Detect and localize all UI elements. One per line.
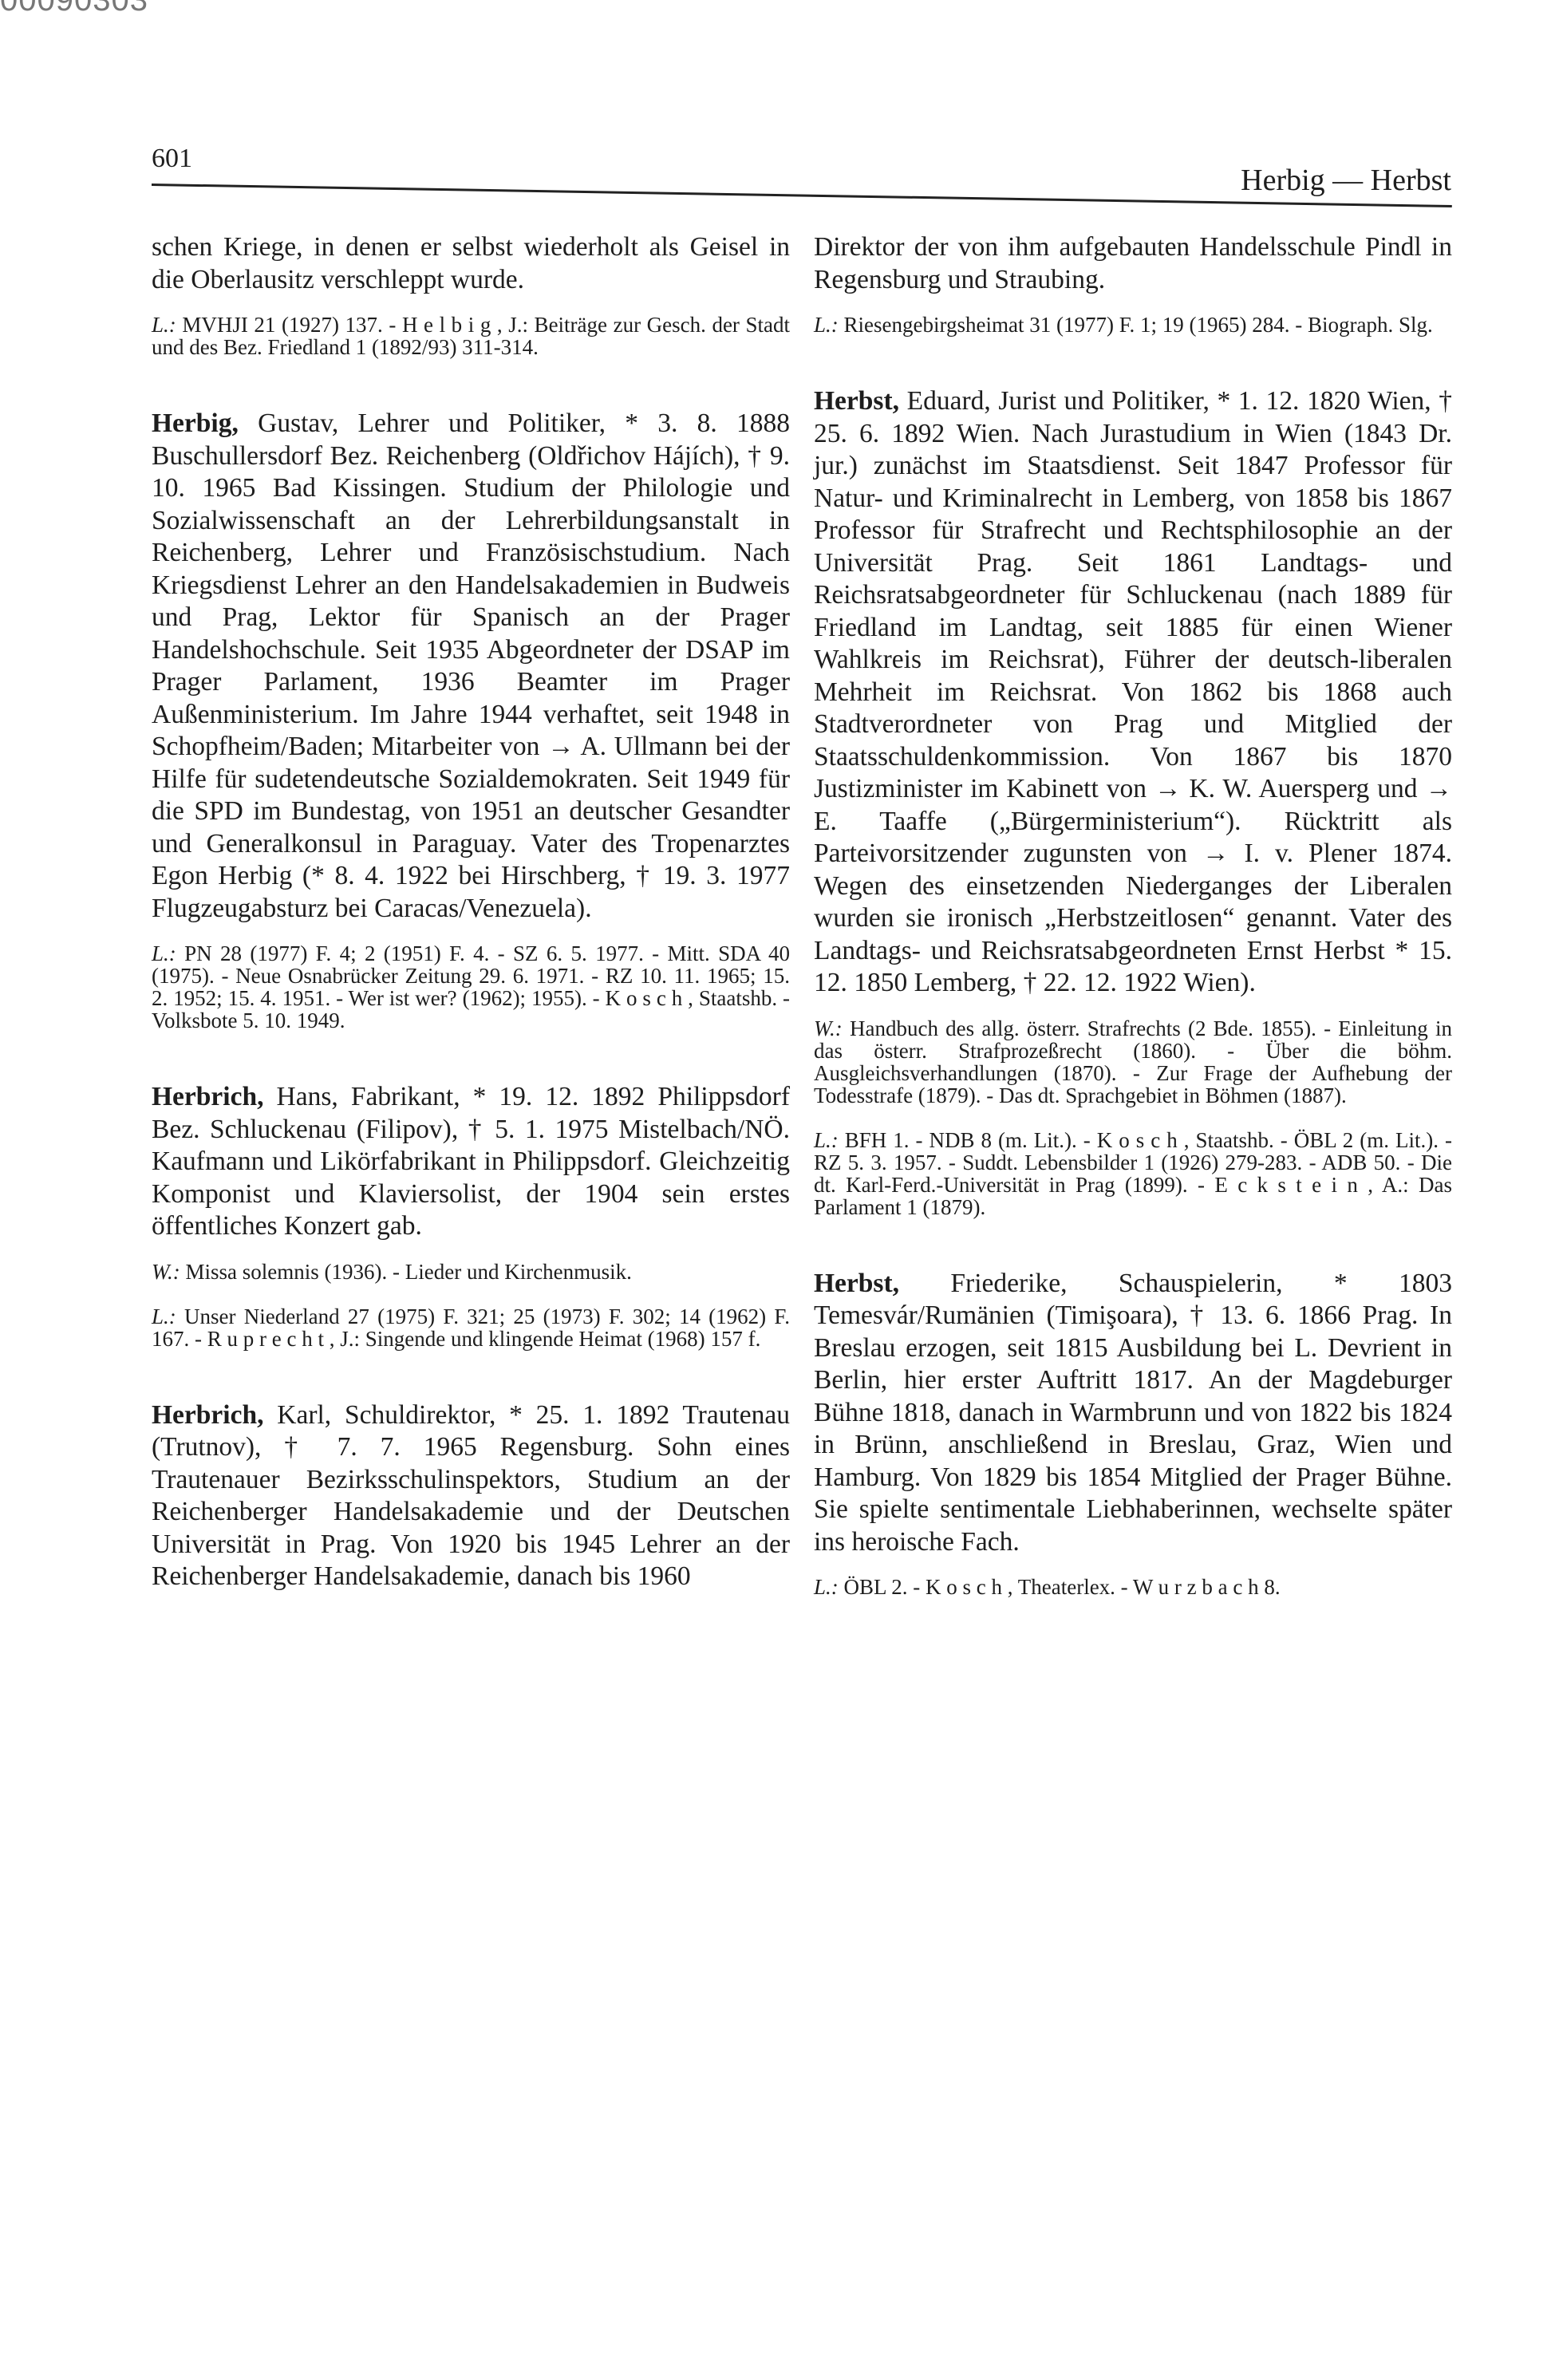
works-text: Handbuch des allg. österr. Strafrechts (… <box>814 1016 1452 1107</box>
literature-label: L.: <box>814 313 839 337</box>
entry-text: Friederike, Schauspielerin, * 1803 Temes… <box>814 1269 1452 1557</box>
literature-label: L.: <box>152 1304 176 1328</box>
literature-block: L.: ÖBL 2. - K o s c h , Theaterlex. - W… <box>814 1576 1452 1598</box>
literature-block: L.: BFH 1. - NDB 8 (m. Lit.). - K o s c … <box>814 1129 1452 1218</box>
literature-text: MVHJI 21 (1927) 137. - H e l b i g , J.:… <box>152 313 790 359</box>
left-column: schen Kriege, in denen er selbst wiederh… <box>152 231 790 1611</box>
continuation-text: schen Kriege, in denen er selbst wiederh… <box>152 231 790 296</box>
works-text: Missa solemnis (1936). - Lieder und Kirc… <box>180 1260 632 1284</box>
entry-herbst-eduard: Herbst, Eduard, Jurist und Politiker, * … <box>814 385 1452 1218</box>
works-label: W.: <box>152 1260 180 1284</box>
entry-body: Herbig, Gustav, Lehrer und Politiker, * … <box>152 408 790 925</box>
literature-block: L.: MVHJI 21 (1927) 137. - H e l b i g ,… <box>152 314 790 358</box>
entry-headword: Herbst, <box>814 386 899 416</box>
entry-herbig-gustav: Herbig, Gustav, Lehrer und Politiker, * … <box>152 408 790 1032</box>
page-number: 601 <box>152 144 192 174</box>
entry-herbst-friederike: Herbst, Friederike, Schauspielerin, * 18… <box>814 1268 1452 1599</box>
literature-text: PN 28 (1977) F. 4; 2 (1951) F. 4. - SZ 6… <box>152 941 790 1032</box>
literature-label: L.: <box>814 1128 839 1152</box>
entry-body: Herbrich, Hans, Fabrikant, * 19. 12. 189… <box>152 1081 790 1243</box>
literature-label: L.: <box>814 1575 839 1599</box>
entry-headword: Herbst, <box>814 1269 899 1298</box>
literature-block: L.: Riesengebirgsheimat 31 (1977) F. 1; … <box>814 314 1452 336</box>
entry-headword: Herbrich, <box>152 1082 263 1111</box>
literature-text: ÖBL 2. - K o s c h , Theaterlex. - W u r… <box>839 1575 1281 1599</box>
entry-text: Eduard, Jurist und Politiker, * 1. 12. 1… <box>814 386 1452 997</box>
entry-headword: Herbrich, <box>152 1400 263 1430</box>
continuation-text: Direktor der von ihm aufgebauten Handels… <box>814 231 1452 296</box>
entry-text: Gustav, Lehrer und Politiker, * 3. 8. 18… <box>152 409 790 923</box>
entry-body: Herbst, Eduard, Jurist und Politiker, * … <box>814 385 1452 1000</box>
right-column: Direktor der von ihm aufgebauten Handels… <box>814 231 1452 1648</box>
works-block: W.: Missa solemnis (1936). - Lieder und … <box>152 1261 790 1283</box>
entry-headword: Herbig, <box>152 409 239 438</box>
works-label: W.: <box>814 1016 843 1040</box>
entry-herbrich-hans: Herbrich, Hans, Fabrikant, * 19. 12. 189… <box>152 1081 790 1350</box>
literature-block: L.: Unser Niederland 27 (1975) F. 321; 2… <box>152 1305 790 1350</box>
entry-herbrich-karl: Herbrich, Karl, Schuldirektor, * 25. 1. … <box>152 1399 790 1593</box>
literature-block: L.: PN 28 (1977) F. 4; 2 (1951) F. 4. - … <box>152 942 790 1032</box>
literature-text: Unser Niederland 27 (1975) F. 321; 25 (1… <box>152 1304 790 1351</box>
literature-text: BFH 1. - NDB 8 (m. Lit.). - K o s c h , … <box>814 1128 1452 1219</box>
literature-label: L.: <box>152 941 176 965</box>
entry-body: Herbrich, Karl, Schuldirektor, * 25. 1. … <box>152 1399 790 1593</box>
literature-label: L.: <box>152 313 176 337</box>
scan-id-label: 00090303 <box>0 0 148 18</box>
literature-text: Riesengebirgsheimat 31 (1977) F. 1; 19 (… <box>839 313 1433 337</box>
works-block: W.: Handbuch des allg. österr. Strafrech… <box>814 1017 1452 1107</box>
entry-body: Herbst, Friederike, Schauspielerin, * 18… <box>814 1268 1452 1559</box>
running-head: Herbig — Herbst <box>1241 163 1451 198</box>
